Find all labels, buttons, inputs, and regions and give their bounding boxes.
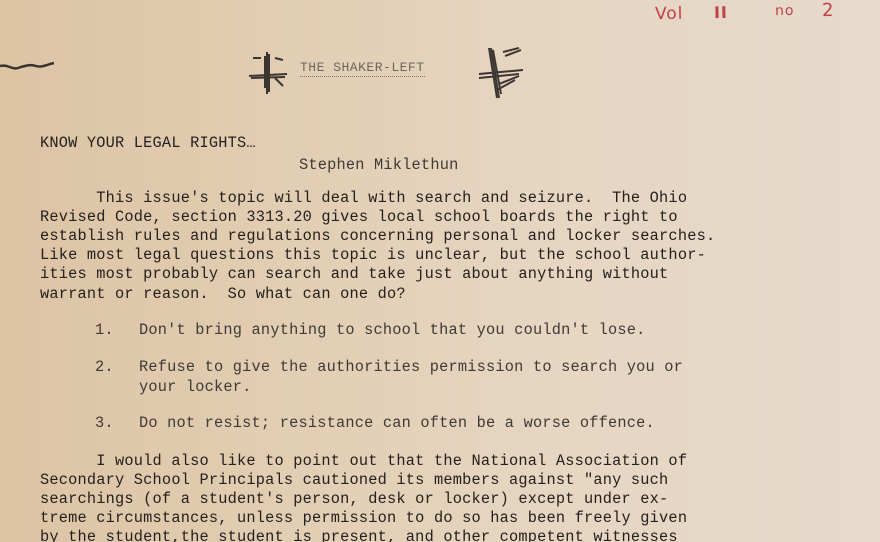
- handwritten-vol-label: Vol: [655, 4, 684, 24]
- masthead: THE SHAKER-LEFT: [245, 44, 527, 102]
- masthead-title: THE SHAKER-LEFT: [300, 60, 425, 77]
- handwritten-issue-number: 2: [822, 0, 835, 21]
- article-author: Stephen Miklethun: [299, 156, 458, 175]
- plane-icon: [475, 44, 527, 102]
- scribble-mark: [0, 58, 60, 78]
- document-page: Vol II no 2 THE SHAKER-LEFT KNOW YOUR LE…: [0, 0, 880, 542]
- handwritten-vol-number: II: [714, 3, 728, 22]
- plane-icon: [245, 48, 291, 98]
- handwritten-no-label: no: [775, 3, 795, 19]
- article-heading: KNOW YOUR LEGAL RIGHTS…: [40, 134, 256, 153]
